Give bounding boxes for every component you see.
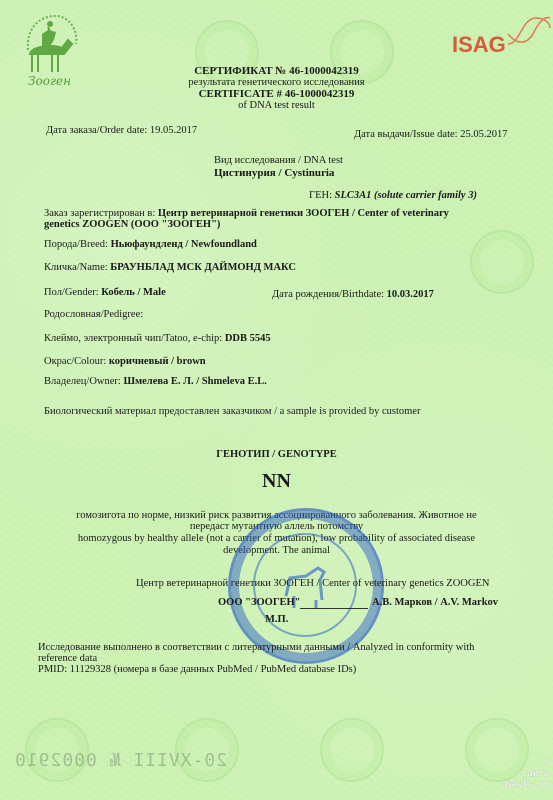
colour-value: коричневый / brown [109, 356, 206, 367]
issue-date-value: 25.05.2017 [460, 129, 507, 140]
chip-row: Клеймо, электронный чип/Tatoo, e-chip: D… [44, 333, 271, 345]
issue-date: Дата выдачи/Issue date: 25.05.2017 [354, 129, 507, 141]
signature-signer: А.В. Марков / A.V. Markov [372, 597, 498, 609]
site-note-line-3: Newfs.ru [506, 780, 549, 791]
birthdate-label: Дата рождения/Birthdate: [272, 289, 384, 300]
gender-row: Пол/Gender: Кобель / Male [44, 287, 166, 299]
test-type-label: Вид исследования / DNA test [214, 155, 343, 167]
watermark-rose [470, 230, 534, 294]
gene-label: ГЕН: [309, 190, 332, 201]
isag-logo: ISAG [452, 32, 506, 58]
pedigree-row: Родословная/Pedigree: [44, 309, 143, 321]
name-row: Кличка/Name: БРАУНБЛАД МСК ДАЙМОНД МАКС [44, 262, 296, 274]
chip-value: DDB 5545 [225, 333, 271, 344]
test-name: Цистинурия / Cystinuria [214, 167, 334, 179]
gene-value: SLC3A1 (solute carrier family 3) [335, 190, 477, 201]
serial-number: 20-XVIII № 0002910 [14, 750, 227, 771]
birthdate-value: 10.03.2017 [387, 289, 434, 300]
order-date-label: Дата заказа/Order date: [46, 125, 147, 136]
isag-label: ISAG [452, 32, 506, 57]
gender-label: Пол/Gender: [44, 287, 99, 298]
order-date-value: 19.05.2017 [150, 125, 197, 136]
pmid-line: PMID: 11129328 (номера в базе данных Pub… [38, 664, 356, 676]
registered-label: Заказ зарегистрирован в: [44, 208, 155, 219]
owner-row: Владелец/Owner: Шмелева Е. Л. / Shmeleva… [44, 376, 267, 388]
breed-row: Порода/Breed: Ньюфаундленд / Newfoundlan… [44, 239, 257, 251]
birthdate-row: Дата рождения/Birthdate: 10.03.2017 [272, 289, 434, 301]
watermark-rose [320, 718, 384, 782]
owner-label: Владелец/Owner: [44, 376, 121, 387]
colour-label: Окрас/Colour: [44, 356, 106, 367]
order-date: Дата заказа/Order date: 19.05.2017 [46, 125, 197, 137]
signature-center: Центр ветеринарной генетики ЗООГЕН / Cen… [136, 578, 489, 590]
registered-value-1: Центр ветеринарной генетики ЗООГЕН / Cen… [158, 208, 449, 219]
issue-date-label: Дата выдачи/Issue date: [354, 129, 458, 140]
name-label: Кличка/Name: [44, 262, 108, 273]
site-watermark: с сайта Newfs.ru [506, 758, 549, 791]
gene: ГЕН: SLC3A1 (solute carrier family 3) [309, 190, 477, 202]
name-value: БРАУНБЛАД МСК ДАЙМОНД МАКС [110, 262, 296, 273]
site-note-line-1: с [506, 758, 549, 769]
signature-org: ООО "ЗООГЕН" [218, 597, 301, 609]
registered-value-2: genetics ZOOGEN (ООО "ЗООГЕН") [44, 219, 220, 231]
stamp-place-label: М.П. [265, 614, 288, 626]
genotype-heading: ГЕНОТИП / GENOTYPE [0, 449, 553, 461]
breed-label: Порода/Breed: [44, 239, 108, 250]
genotype-value: NN [0, 470, 553, 492]
site-note-line-2: сайта [506, 769, 549, 780]
conformity-line-1: Исследование выполнено в соответствии с … [38, 642, 474, 654]
certificate-number-ru: СЕРТИФИКАТ № 46-1000042319 [0, 65, 553, 77]
colour-row: Окрас/Colour: коричневый / brown [44, 356, 206, 368]
pedigree-label: Родословная/Pedigree: [44, 309, 143, 320]
signature-line [300, 608, 368, 609]
certificate-number-en: CERTIFICATE # 46-1000042319 [0, 88, 553, 100]
gender-value: Кобель / Male [101, 287, 165, 298]
chip-label: Клеймо, электронный чип/Tatoo, e-chip: [44, 333, 222, 344]
certificate-subtitle-en: of DNA test result [0, 100, 553, 112]
sample-note: Биологический материал предоставлен зака… [44, 406, 420, 418]
owner-value: Шмелева Е. Л. / Shmeleva E.L. [123, 376, 266, 387]
dna-helix-icon [506, 14, 552, 50]
breed-value: Ньюфаундленд / Newfoundland [111, 239, 257, 250]
